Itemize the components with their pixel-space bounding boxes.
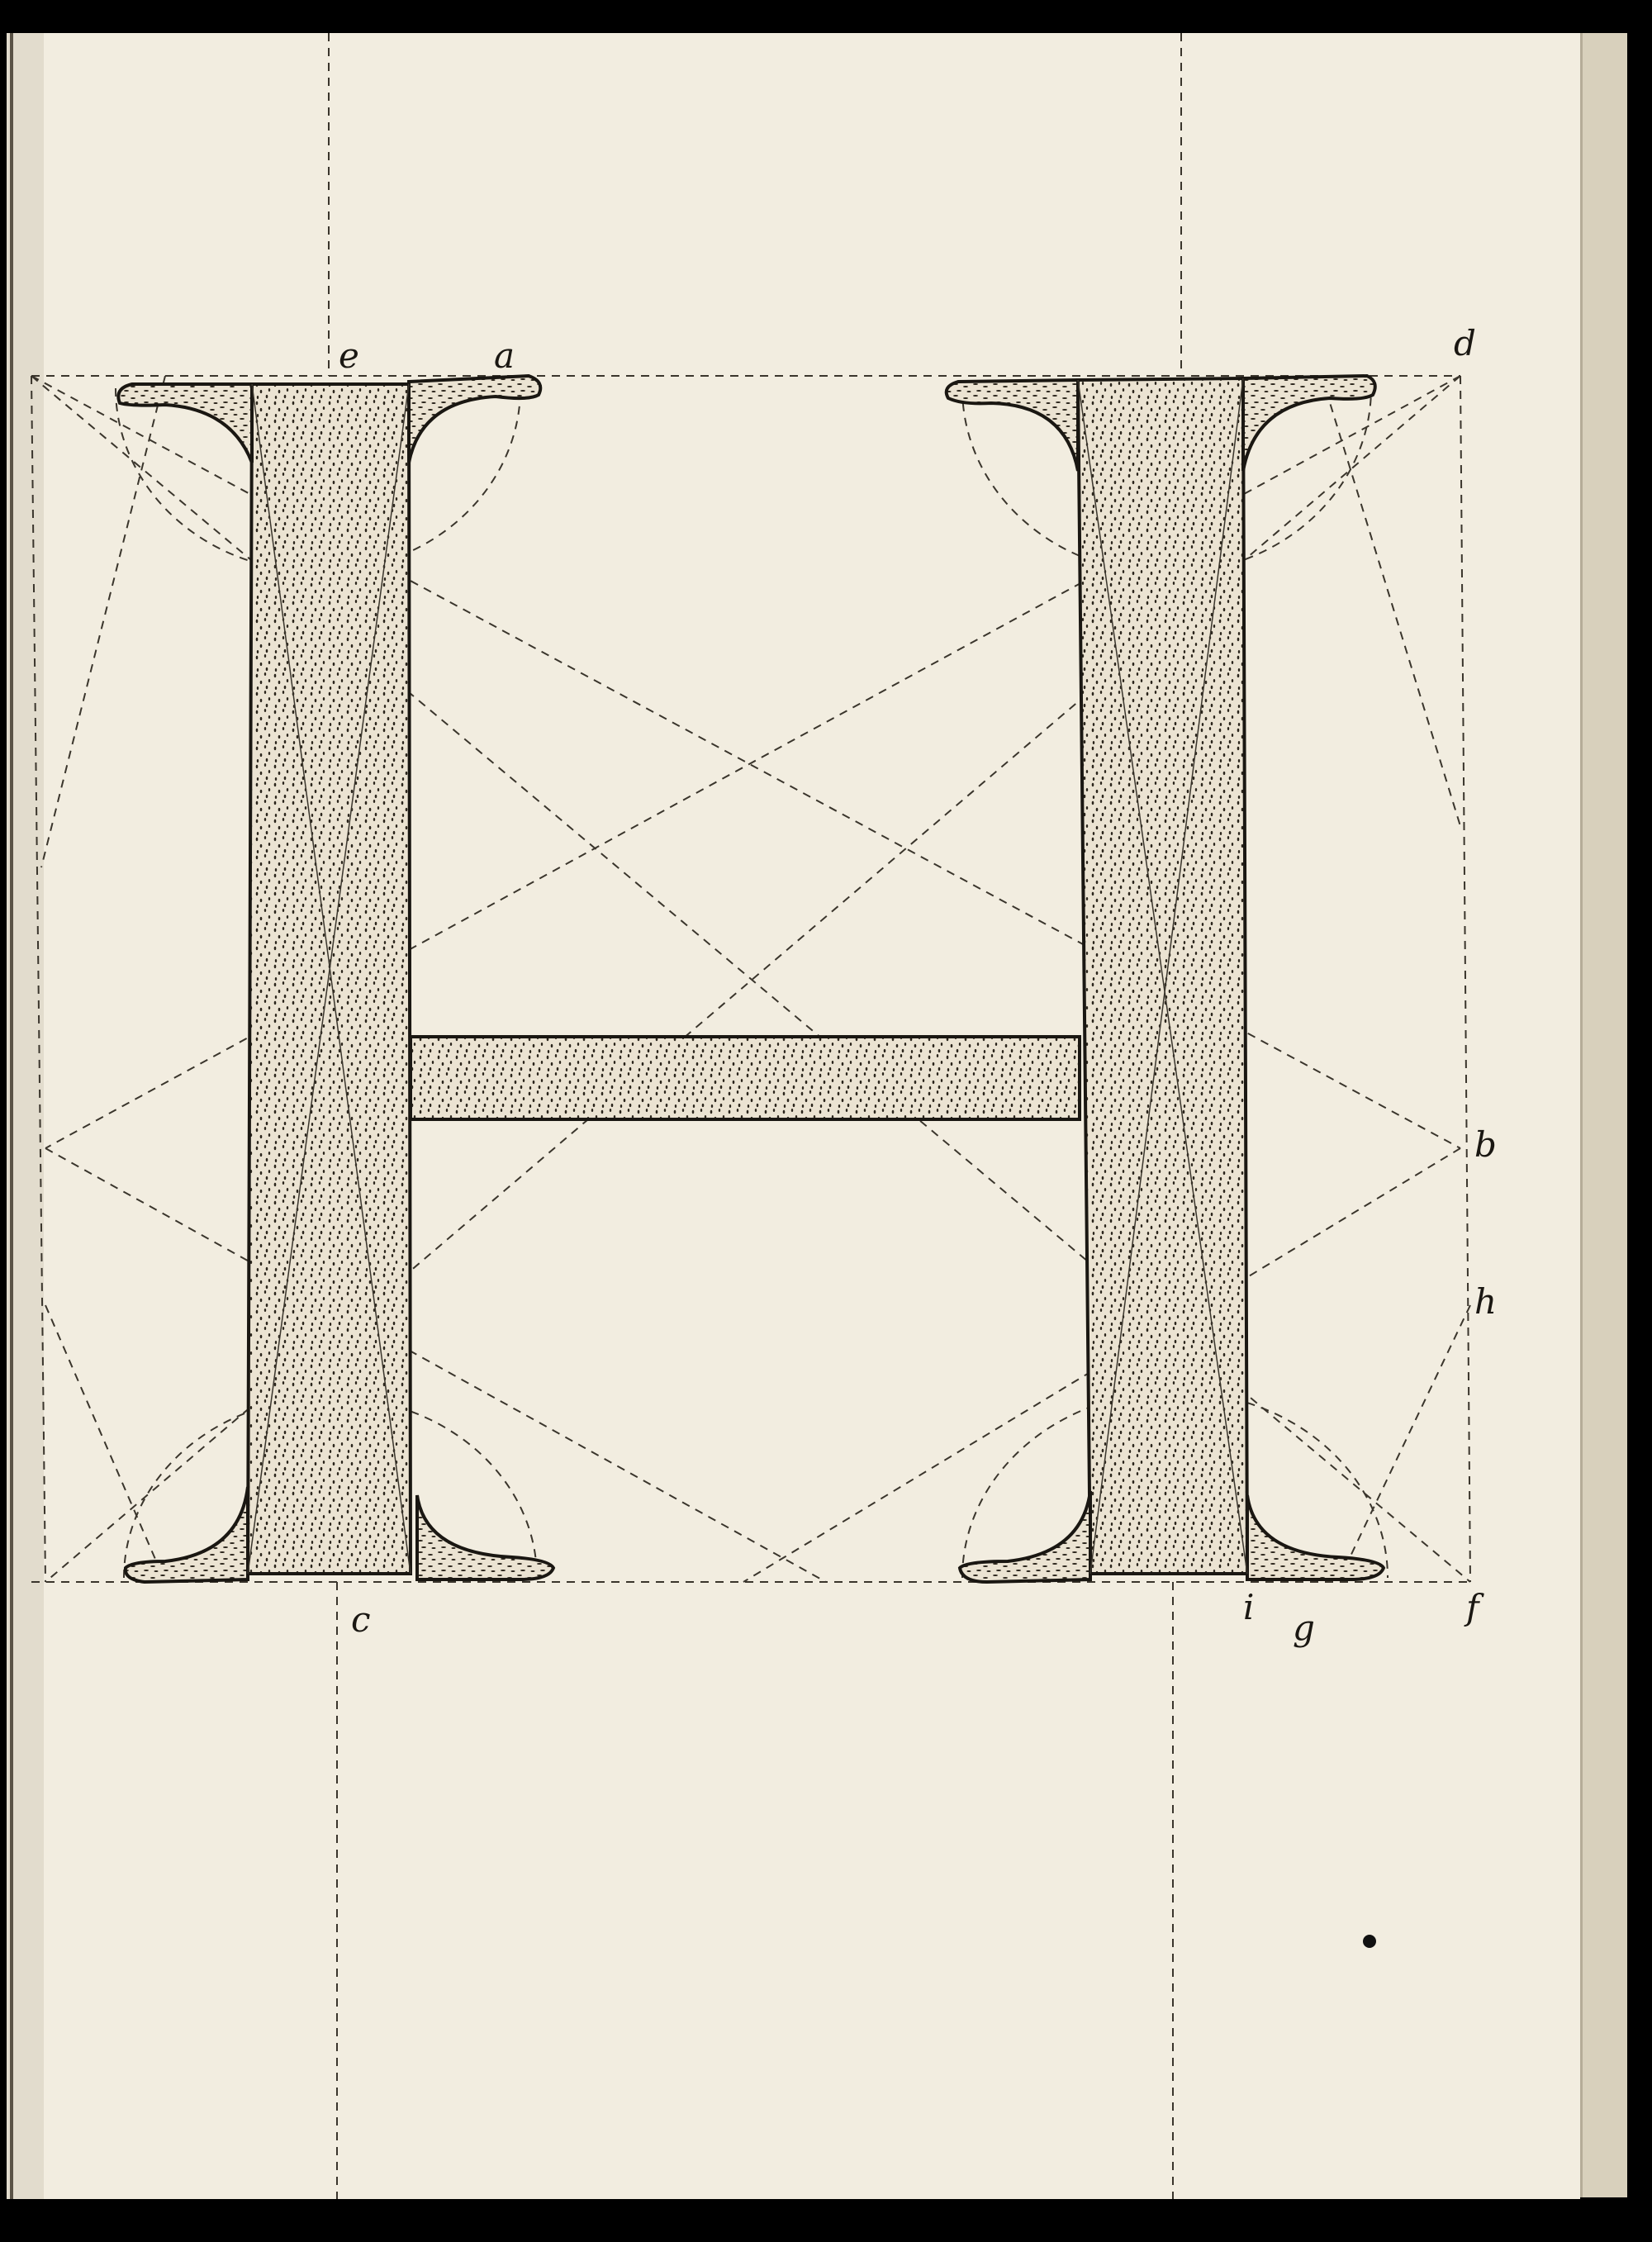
label-c: c	[351, 1599, 371, 1640]
label-d: d	[1454, 323, 1476, 363]
label-g: g	[1293, 1608, 1315, 1648]
crossbar	[411, 1037, 1080, 1119]
letter-h-construction-plate: e a d b h c i g f	[0, 0, 1652, 2242]
label-a: a	[494, 335, 515, 376]
ink-blot	[1363, 1935, 1376, 1948]
label-e: e	[339, 335, 359, 376]
label-i: i	[1243, 1587, 1254, 1627]
label-h: h	[1474, 1281, 1497, 1322]
label-b: b	[1474, 1124, 1497, 1165]
manuscript-page: e a d b h c i g f	[0, 0, 1652, 2242]
